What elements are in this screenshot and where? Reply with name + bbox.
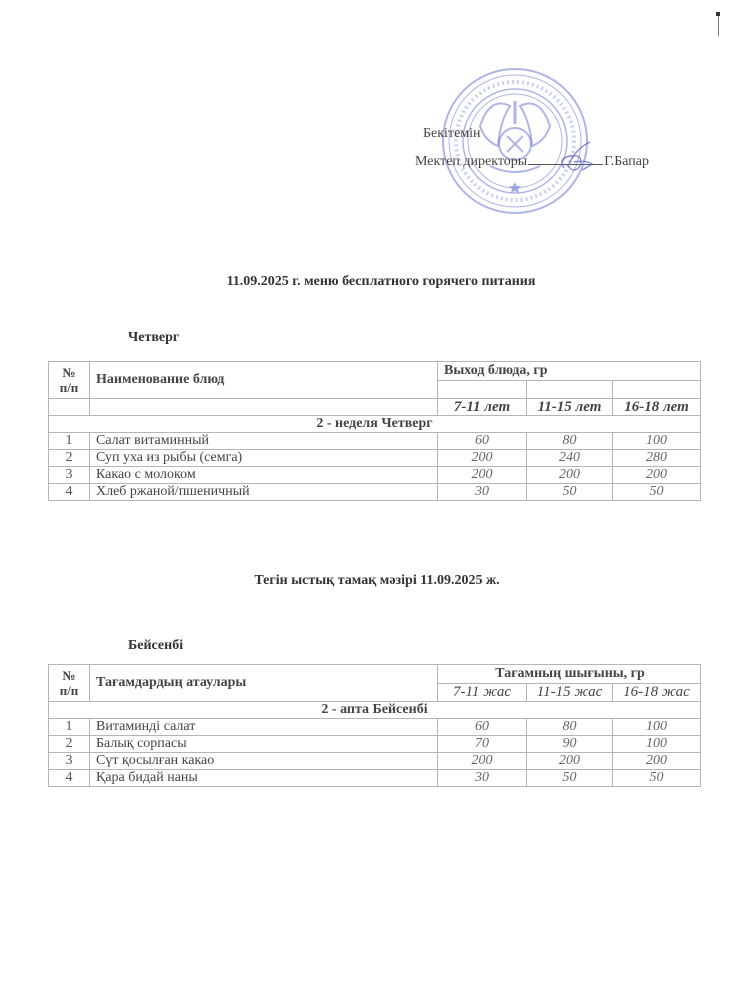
blank-cell	[613, 380, 701, 399]
col-header-output: Выход блюда, гр	[438, 362, 701, 381]
portion-value: 30	[438, 770, 527, 787]
dish-name: Балық сорпасы	[90, 736, 438, 753]
week-label: 2 - апта Бейсенбі	[49, 702, 701, 719]
director-label: Мектеп директоры	[415, 154, 527, 169]
portion-value: 90	[527, 736, 613, 753]
signature-icon	[556, 138, 616, 178]
row-number: 3	[49, 467, 90, 484]
blank-cell	[90, 399, 438, 416]
blank-cell	[527, 380, 613, 399]
scan-edge-mark	[718, 14, 719, 36]
blank-cell	[438, 380, 527, 399]
week-row: 2 - неделя Четверг	[49, 416, 701, 433]
dish-name: Қара бидай наны	[90, 770, 438, 787]
table-header-row: №п/п Тағамдардың атаулары Тағамның шығын…	[49, 665, 701, 684]
day-label-ru: Четверг	[128, 330, 179, 346]
age-group-header: 16-18 лет	[613, 399, 701, 416]
blank-cell	[49, 399, 90, 416]
row-number: 4	[49, 484, 90, 501]
portion-value: 50	[527, 770, 613, 787]
portion-value: 50	[613, 770, 701, 787]
portion-value: 50	[527, 484, 613, 501]
portion-value: 100	[613, 736, 701, 753]
age-group-header: 16-18 жас	[613, 683, 701, 702]
portion-value: 200	[527, 753, 613, 770]
table-row: 1 Витаминді салат 60 80 100	[49, 719, 701, 736]
portion-value: 100	[613, 433, 701, 450]
portion-value: 200	[438, 450, 527, 467]
row-number: 2	[49, 450, 90, 467]
dish-name: Суп уха из рыбы (семга)	[90, 450, 438, 467]
age-group-header: 7-11 жас	[438, 683, 527, 702]
dish-name: Хлеб ржаной/пшеничный	[90, 484, 438, 501]
portion-value: 60	[438, 433, 527, 450]
table-age-row: 7-11 лет 11-15 лет 16-18 лет	[49, 399, 701, 416]
table-row: 2 Балық сорпасы 70 90 100	[49, 736, 701, 753]
col-header-no: №п/п	[49, 665, 90, 702]
portion-value: 280	[613, 450, 701, 467]
col-header-output: Тағамның шығыны, гр	[438, 665, 701, 684]
menu-table-kz: №п/п Тағамдардың атаулары Тағамның шығын…	[48, 664, 701, 787]
week-row: 2 - апта Бейсенбі	[49, 702, 701, 719]
portion-value: 80	[527, 719, 613, 736]
portion-value: 60	[438, 719, 527, 736]
portion-value: 240	[527, 450, 613, 467]
menu-title-kz: Тегін ыстық тамақ мәзірі 11.09.2025 ж.	[0, 573, 732, 589]
dish-name: Витаминді салат	[90, 719, 438, 736]
table-header-row: №п/п Наименование блюд Выход блюда, гр	[49, 362, 701, 381]
age-group-header: 7-11 лет	[438, 399, 527, 416]
portion-value: 200	[613, 467, 701, 484]
dish-name: Салат витаминный	[90, 433, 438, 450]
menu-title-ru: 11.09.2025 г. меню бесплатного горячего …	[0, 274, 732, 290]
table-row: 3 Какао с молоком 200 200 200	[49, 467, 701, 484]
col-header-no: №п/п	[49, 362, 90, 399]
age-group-header: 11-15 жас	[527, 683, 613, 702]
col-header-name: Тағамдардың атаулары	[90, 665, 438, 702]
approval-label: Бекітемін	[423, 126, 481, 142]
portion-value: 30	[438, 484, 527, 501]
table-row: 3 Сүт қосылған какао 200 200 200	[49, 753, 701, 770]
dish-name: Сүт қосылған какао	[90, 753, 438, 770]
row-number: 2	[49, 736, 90, 753]
row-number: 4	[49, 770, 90, 787]
portion-value: 200	[527, 467, 613, 484]
portion-value: 200	[438, 753, 527, 770]
portion-value: 50	[613, 484, 701, 501]
portion-value: 200	[438, 467, 527, 484]
dish-name: Какао с молоком	[90, 467, 438, 484]
table-row: 2 Суп уха из рыбы (семга) 200 240 280	[49, 450, 701, 467]
scan-dot-mark	[716, 12, 720, 16]
table-row: 1 Салат витаминный 60 80 100	[49, 433, 701, 450]
week-label: 2 - неделя Четверг	[49, 416, 701, 433]
portion-value: 70	[438, 736, 527, 753]
row-number: 1	[49, 719, 90, 736]
menu-table-ru: №п/п Наименование блюд Выход блюда, гр 7…	[48, 361, 701, 501]
portion-value: 200	[613, 753, 701, 770]
col-header-name: Наименование блюд	[90, 362, 438, 399]
portion-value: 100	[613, 719, 701, 736]
day-label-kz: Бейсенбі	[128, 638, 183, 654]
row-number: 1	[49, 433, 90, 450]
row-number: 3	[49, 753, 90, 770]
portion-value: 80	[527, 433, 613, 450]
table-row: 4 Қара бидай наны 30 50 50	[49, 770, 701, 787]
table-row: 4 Хлеб ржаной/пшеничный 30 50 50	[49, 484, 701, 501]
age-group-header: 11-15 лет	[527, 399, 613, 416]
